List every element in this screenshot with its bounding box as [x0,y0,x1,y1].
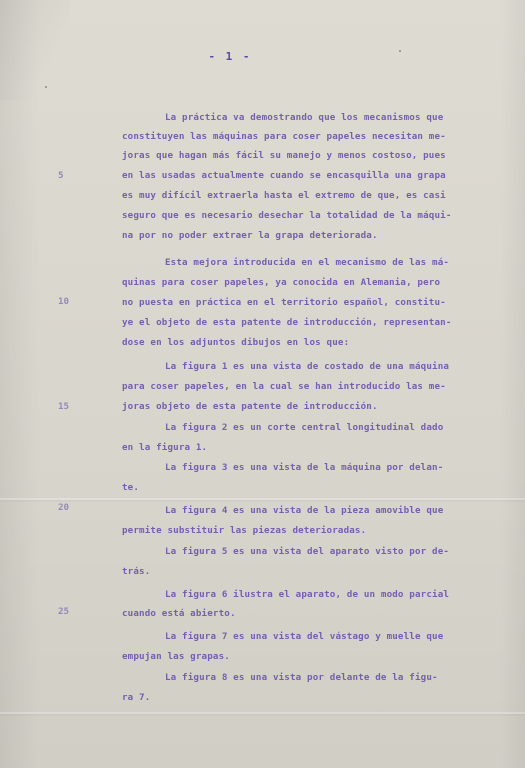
margin-line-number: 25 [58,606,69,617]
text-line: constituyen las máquinas para coser pape… [122,131,446,142]
text-line: permite substituir las piezas deteriorad… [122,525,366,536]
margin-line-number: 5 [58,170,64,181]
text-line: empujan las grapas. [122,651,230,662]
text-line: es muy difícil extraerla hasta el extrem… [122,190,446,201]
text-line: La práctica va demostrando que los mecan… [165,112,443,123]
text-line: na por no poder extraer la grapa deterio… [122,230,378,241]
text-line: La figura 3 es una vista de la máquina p… [165,462,443,473]
text-line: La figura 8 es una vista por delante de … [165,672,438,683]
text-line: ra 7. [122,692,150,703]
text-line: joras que hagan más fácil su manejo y me… [122,150,446,161]
paper-fold-line [0,712,525,714]
text-line: joras objeto de esta patente de introduc… [122,401,378,412]
text-line: trás. [122,566,150,577]
text-line: La figura 1 es una vista de costado de u… [165,361,449,372]
page-number: - 1 - [0,50,460,63]
text-line: ye el objeto de esta patente de introduc… [122,317,452,328]
paper-fold-line [0,498,525,500]
text-line: en las usadas actualmente cuando se enca… [122,170,446,181]
text-line: para coser papeles, en la cual se han in… [122,381,446,392]
text-line: La figura 2 es un corte central longitud… [165,422,443,433]
text-line: dose en los adjuntos dibujos en los que: [122,337,349,348]
document-page: - 1 - 5 10 15 20 25 La práctica va demos… [0,0,525,768]
text-line: seguro que es necesario desechar la tota… [122,210,452,221]
text-line: quinas para coser papeles, ya conocida e… [122,277,440,288]
text-line: te. [122,482,139,493]
margin-line-number: 15 [58,401,69,412]
text-line: La figura 7 es una vista del vástago y m… [165,631,443,642]
text-line: cuando está abierto. [122,608,236,619]
margin-line-number: 20 [58,502,69,513]
paper-speck [45,86,47,88]
text-line: Esta mejora introducida en el mecanismo … [165,257,449,268]
text-line: La figura 6 ilustra el aparato, de un mo… [165,589,449,600]
margin-line-number: 10 [58,296,69,307]
text-line: en la figura 1. [122,442,207,453]
text-line: La figura 4 es una vista de la pieza amo… [165,505,443,516]
text-line: no puesta en práctica en el territorio e… [122,297,446,308]
text-line: La figura 5 es una vista del aparato vis… [165,546,449,557]
